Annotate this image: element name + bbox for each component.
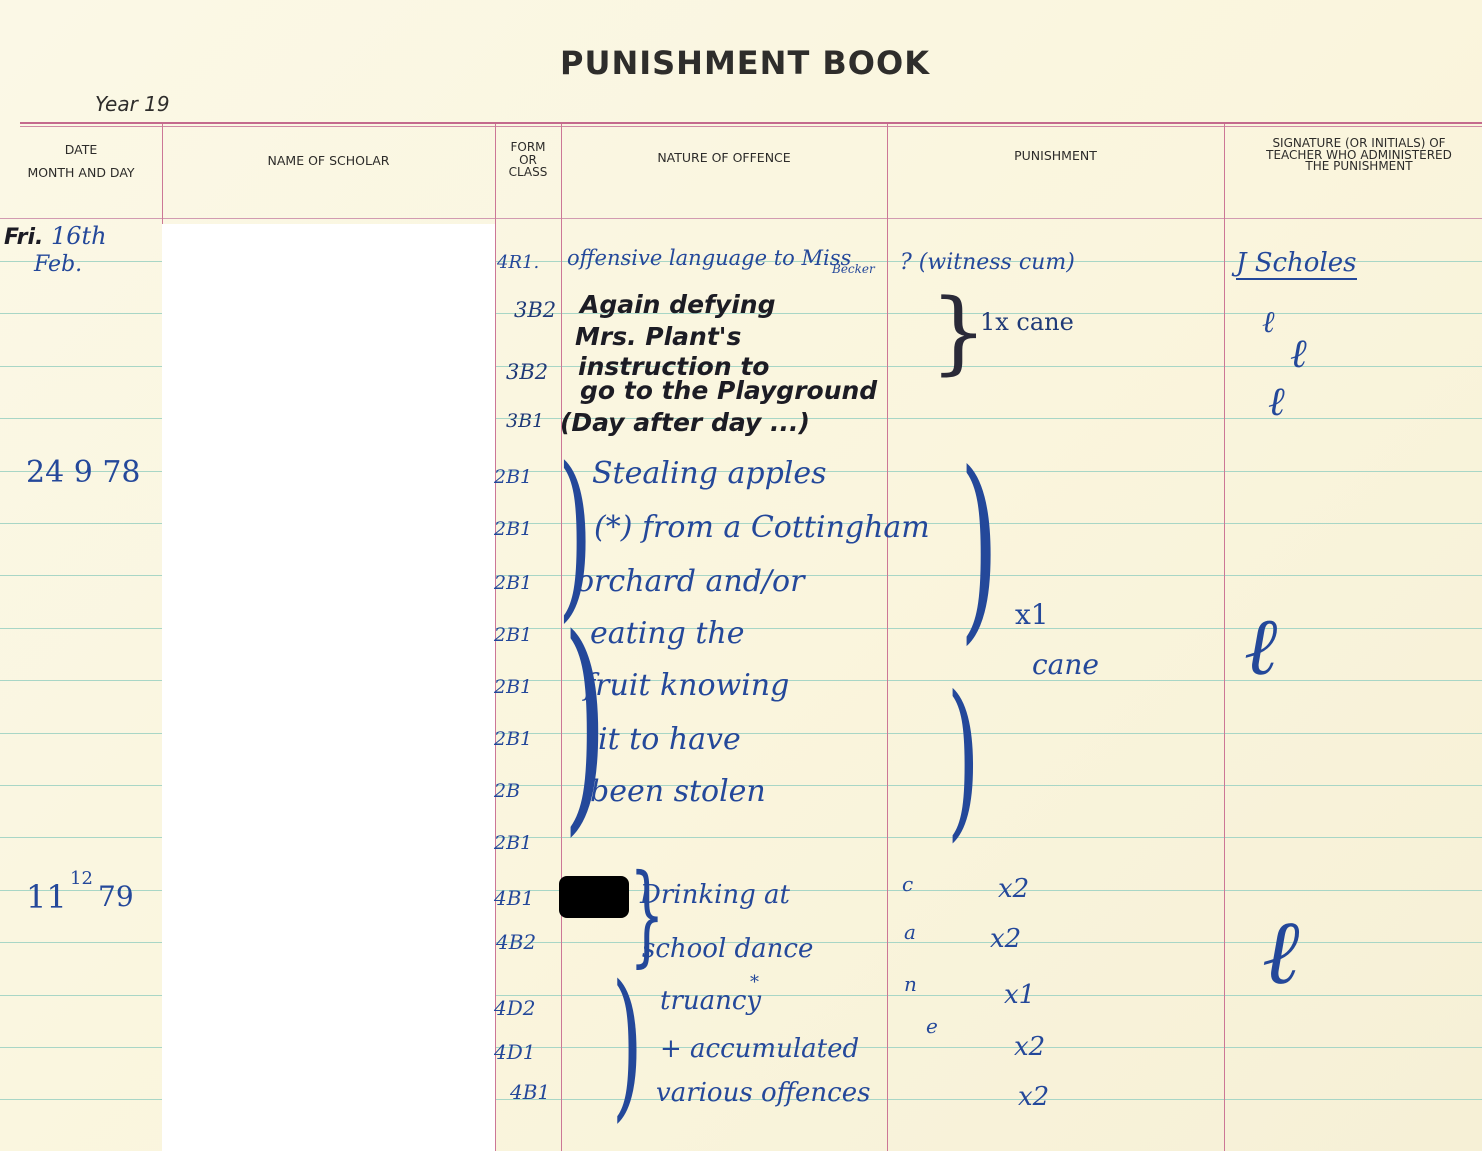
entry-form: 2B1 — [494, 624, 532, 646]
punishment-count: x2 — [998, 874, 1029, 904]
header-text: Date — [0, 144, 162, 157]
offence-line: been stolen — [590, 774, 766, 809]
column-header-signature: Signature (or Initials) of Teacher who a… — [1224, 138, 1482, 173]
header-top-rule — [20, 122, 1482, 124]
cane-letter: a — [904, 920, 916, 944]
entry-date-month: 12 — [70, 868, 93, 889]
entry-punishment: 1x cane — [980, 308, 1074, 336]
entry-form: 2B1 — [494, 676, 532, 698]
column-header-date: Date Month and Day — [0, 144, 162, 179]
column-header-form: Form or Class — [495, 141, 561, 179]
cane-letter: e — [926, 1014, 938, 1038]
entry-form: 4B2 — [496, 930, 536, 954]
entry-date-day: 11 — [26, 878, 67, 916]
entry-date: Fri. 16th — [4, 222, 107, 250]
year-label: Year 19 — [95, 92, 170, 116]
signature-initial-mark: ℓ — [1262, 900, 1300, 1005]
entry-offence: (Day after day ...) — [560, 408, 810, 437]
offence-line: + accumulated — [660, 1034, 859, 1064]
signature-initial-mark: ℓ — [1268, 378, 1285, 425]
entry-form: 2B1 — [494, 832, 532, 854]
punishment-book-page: PUNISHMENT BOOK Year 19 Date Month and D… — [0, 0, 1482, 1151]
offence-line: Stealing apples — [592, 456, 827, 491]
brace-mark: ) — [960, 430, 999, 663]
entry-punishment-type: cane — [1032, 648, 1099, 681]
offence-asterisk: * — [750, 972, 759, 993]
header-text: Month and Day — [0, 167, 162, 180]
date-day-of-week: Fri. — [4, 225, 43, 250]
offence-line: Drinking at — [640, 880, 790, 910]
entry-form: 3B1 — [506, 410, 544, 432]
entry-date-year: 79 — [98, 880, 134, 913]
entry-form: 2B1 — [494, 518, 532, 540]
page-title: PUNISHMENT BOOK — [560, 44, 930, 82]
entry-date: 24 9 78 — [26, 455, 141, 490]
entry-form: 4B1 — [510, 1080, 550, 1104]
entry-offence: Again defying — [580, 290, 775, 319]
column-divider — [1224, 124, 1225, 1151]
offence-line: various offences — [656, 1078, 870, 1108]
offence-line: truancy — [660, 986, 761, 1016]
signature-initial-mark: ℓ — [1290, 330, 1307, 377]
entry-form: 3B2 — [506, 360, 548, 384]
offence-line: school dance — [642, 934, 813, 964]
entry-form: 3B2 — [514, 298, 556, 322]
signature-initial-mark: ℓ — [1262, 305, 1275, 340]
entry-form: 4D2 — [494, 996, 535, 1020]
punishment-count: x2 — [990, 924, 1021, 954]
punishment-count: x2 — [1018, 1082, 1049, 1112]
brace-mark: ) — [947, 660, 980, 858]
offence-line: orchard and/or — [576, 564, 804, 599]
header-text: Class — [495, 166, 561, 179]
entry-punishment-count: x1 — [1015, 598, 1049, 631]
entry-form: 2B1 — [494, 728, 532, 750]
name-redaction-black — [559, 876, 629, 918]
entry-form: 4D1 — [494, 1040, 535, 1064]
entry-date-month: Feb. — [34, 252, 82, 277]
header-text: Form — [495, 141, 561, 154]
entry-form: 2B — [494, 780, 520, 802]
entry-signature: J Scholes — [1236, 248, 1357, 280]
header-top-rule-secondary — [20, 126, 1482, 127]
offence-line: fruit knowing — [584, 668, 789, 703]
entry-punishment: ? (witness cum) — [900, 250, 1075, 275]
entry-form: 2B1 — [494, 572, 532, 594]
entry-form: 4B1 — [494, 886, 534, 910]
column-divider — [887, 124, 888, 1151]
cane-letter: c — [902, 872, 913, 896]
entry-form: 2B1 — [494, 466, 532, 488]
offence-line: eating the — [590, 616, 744, 651]
entry-offence-continued: Becker — [832, 262, 875, 276]
entry-offence: go to the Playground — [580, 376, 877, 405]
offence-line: it to have — [598, 722, 741, 757]
column-header-punishment: Punishment — [887, 150, 1224, 163]
column-header-name: Name of Scholar — [162, 155, 495, 168]
punishment-count: x2 — [1014, 1032, 1045, 1062]
header-bottom-rule — [0, 218, 1482, 219]
date-day: 16th — [51, 222, 107, 250]
signature-initial-mark: ℓ — [1244, 600, 1277, 694]
column-header-offence: Nature of Offence — [561, 152, 887, 165]
brace-mark: ) — [612, 950, 643, 1137]
brace-mark: } — [930, 280, 987, 385]
punishment-count: x1 — [1004, 980, 1035, 1010]
entry-offence: Mrs. Plant's — [575, 322, 741, 351]
entry-form: 4R1. — [497, 252, 539, 273]
header-text: the Punishment — [1224, 161, 1482, 173]
entry-offence: offensive language to Miss — [567, 246, 851, 270]
offence-line: (*) from a Cottingham — [594, 510, 930, 545]
name-redaction — [162, 224, 495, 1151]
cane-letter: n — [904, 972, 917, 996]
